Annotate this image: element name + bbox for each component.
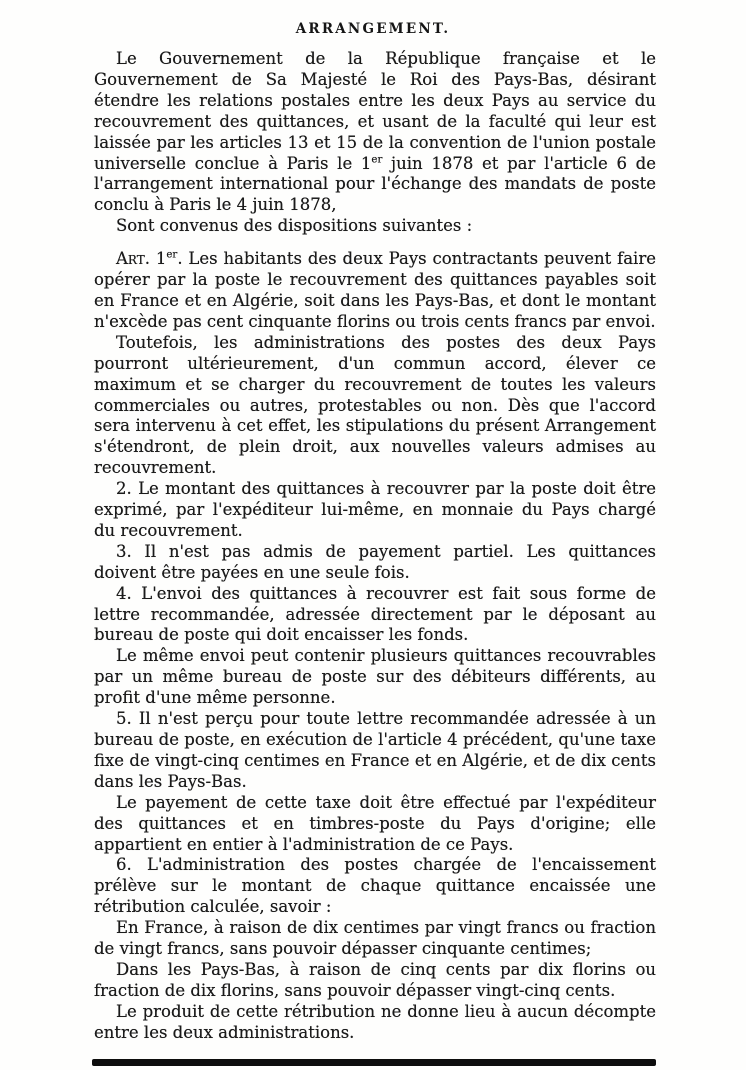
text-segment: 4. L'envoi des quittances à recouvrer es… xyxy=(94,584,656,645)
text-segment: Le payement de cette taxe doit être effe… xyxy=(94,793,656,854)
text-segment: 6. L'administration des postes chargée d… xyxy=(94,855,656,916)
text-segment: En France, à raison de dix centimes par … xyxy=(94,918,656,958)
paragraph-clause-4: 4. L'envoi des quittances à recouvrer es… xyxy=(94,584,656,647)
paragraph-clause-4-paragraph-2: Le même envoi peut contenir plusieurs qu… xyxy=(94,646,656,709)
paragraph-clause-3: 3. Il n'est pas admis de payement partie… xyxy=(94,542,656,584)
text-segment: 5. Il n'est perçu pour toute lettre reco… xyxy=(94,709,656,791)
text-segment: Le même envoi peut contenir plusieurs qu… xyxy=(94,646,656,707)
paragraph-clause-6: 6. L'administration des postes chargée d… xyxy=(94,855,656,918)
text-segment: Dans les Pays-Bas, à raison de cinq cent… xyxy=(94,960,656,1000)
paragraph-article-1: Art. 1er. Les habitants des deux Pays co… xyxy=(94,249,656,333)
paragraph-clause-6-paragraph-3: Le produit de cette rétribution ne donne… xyxy=(94,1002,656,1044)
text-segment: er xyxy=(371,154,382,165)
scan-edge-artifact-bar xyxy=(92,1059,656,1066)
document-body: Le Gouvernement de la République françai… xyxy=(0,37,746,1044)
scanned-document-page: ARRANGEMENT. Le Gouvernement de la Répub… xyxy=(0,0,746,1070)
text-segment: 1 xyxy=(150,249,166,268)
text-segment: er xyxy=(166,250,177,261)
paragraph-clause-6-pays-bas: Dans les Pays-Bas, à raison de cinq cent… xyxy=(94,960,656,1002)
paragraph-clause-5-paragraph-2: Le payement de cette taxe doit être effe… xyxy=(94,793,656,856)
text-segment: . Les habitants des deux Pays contractan… xyxy=(94,249,656,331)
paragraph-agreement-clause: Sont convenus des dispositions suivantes… xyxy=(94,216,656,237)
text-segment: Toutefois, les administrations des poste… xyxy=(94,333,656,477)
paragraph-preamble: Le Gouvernement de la République françai… xyxy=(94,49,656,216)
document-title: ARRANGEMENT. xyxy=(0,0,746,37)
text-segment: Sont convenus des dispositions suivantes… xyxy=(116,216,472,235)
paragraph-clause-2: 2. Le montant des quittances à recouvrer… xyxy=(94,479,656,542)
text-segment: 3. Il n'est pas admis de payement partie… xyxy=(94,542,656,582)
paragraph-clause-5: 5. Il n'est perçu pour toute lettre reco… xyxy=(94,709,656,793)
paragraph-article-1-paragraph-2: Toutefois, les administrations des poste… xyxy=(94,333,656,479)
text-segment: Art. xyxy=(116,249,150,268)
text-segment: Le produit de cette rétribution ne donne… xyxy=(94,1002,656,1042)
text-segment: 2. Le montant des quittances à recouvrer… xyxy=(94,479,656,540)
paragraph-clause-6-france: En France, à raison de dix centimes par … xyxy=(94,918,656,960)
